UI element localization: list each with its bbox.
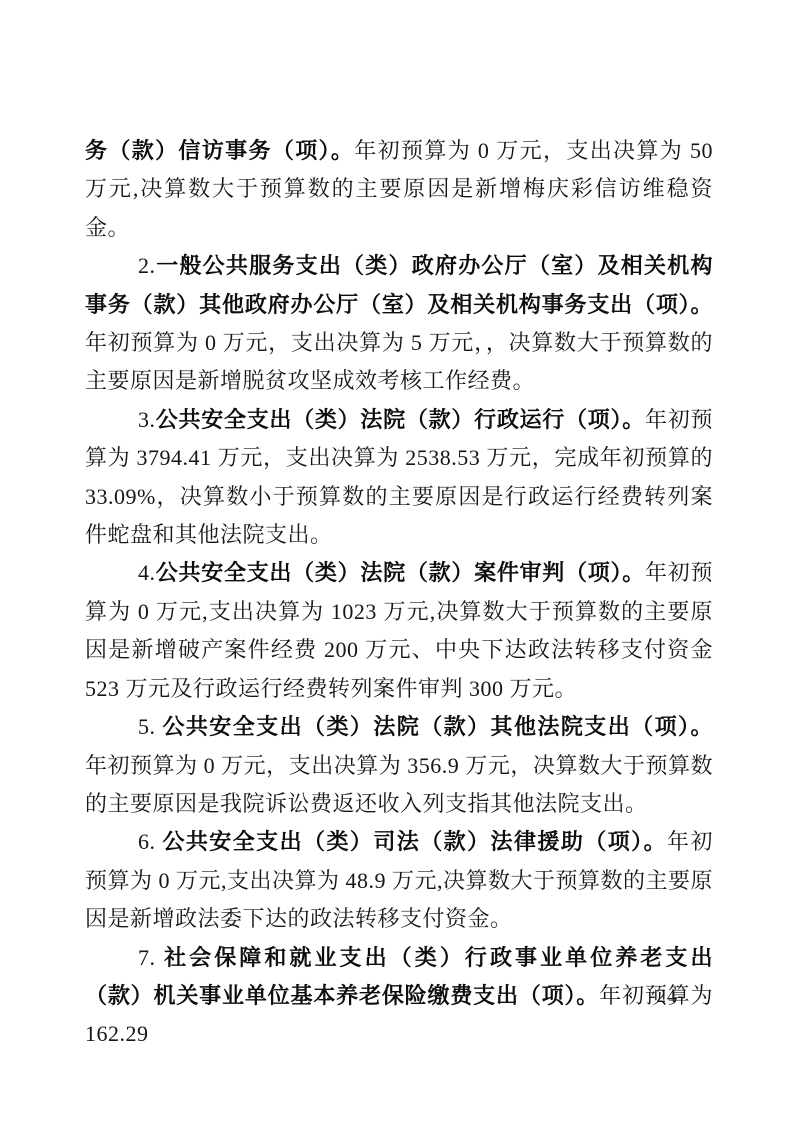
paragraph-heading: 公共安全支出（类）法院（款）其他法院支出（项）。 bbox=[162, 714, 713, 739]
paragraph-number: 2. bbox=[138, 253, 156, 278]
paragraph-number: 7. bbox=[138, 945, 164, 970]
document-body: 务（款）信访事务（项）。年初预算为 0 万元，支出决算为 50 万元,决算数大于… bbox=[85, 132, 713, 1054]
paragraph-heading: 一般公共服务支出（类）政府办公厅（室）及相关机构事务（款）其他政府办公厅（室）及… bbox=[85, 253, 713, 316]
paragraph-heading: 公共安全支出（类）法院（款）行政运行（项）。 bbox=[156, 407, 646, 432]
paragraph-number: 5. bbox=[138, 714, 162, 739]
paragraph: 5. 公共安全支出（类）法院（款）其他法院支出（项）。年初预算为 0 万元，支出… bbox=[85, 708, 713, 823]
paragraph-number: 6. bbox=[138, 829, 162, 854]
paragraph-body: 年初预算为 0 万元，支出决算为 5 万元，，决算数大于预算数的主要原因是新增脱… bbox=[85, 330, 713, 393]
paragraph-number: 4. bbox=[138, 560, 156, 585]
paragraph-number: 3. bbox=[138, 407, 156, 432]
paragraph: 7. 社会保障和就业支出（类）行政事业单位养老支出（款）机关事业单位基本养老保险… bbox=[85, 939, 713, 1054]
paragraph: 务（款）信访事务（项）。年初预算为 0 万元，支出决算为 50 万元,决算数大于… bbox=[85, 132, 713, 247]
paragraph: 2.一般公共服务支出（类）政府办公厅（室）及相关机构事务（款）其他政府办公厅（室… bbox=[85, 247, 713, 401]
paragraph: 3.公共安全支出（类）法院（款）行政运行（项）。年初预算为 3794.41 万元… bbox=[85, 401, 713, 555]
paragraph-body: 年初预算为 0 万元，支出决算为 356.9 万元，决算数大于预算数的主要原因是… bbox=[85, 753, 713, 816]
paragraph-heading: 公共安全支出（类）司法（款）法律援助（项）。 bbox=[162, 829, 667, 854]
document-page: 务（款）信访事务（项）。年初预算为 0 万元，支出决算为 50 万元,决算数大于… bbox=[0, 0, 793, 1122]
paragraph: 6. 公共安全支出（类）司法（款）法律援助（项）。年初预算为 0 万元,支出决算… bbox=[85, 823, 713, 938]
paragraph-heading: 公共安全支出（类）法院（款）案件审判（项）。 bbox=[156, 560, 646, 585]
paragraph: 4.公共安全支出（类）法院（款）案件审判（项）。年初预算为 0 万元,支出决算为… bbox=[85, 554, 713, 708]
page-number: -24- bbox=[649, 986, 685, 1008]
paragraph-heading: 务（款）信访事务（项）。 bbox=[85, 138, 354, 163]
